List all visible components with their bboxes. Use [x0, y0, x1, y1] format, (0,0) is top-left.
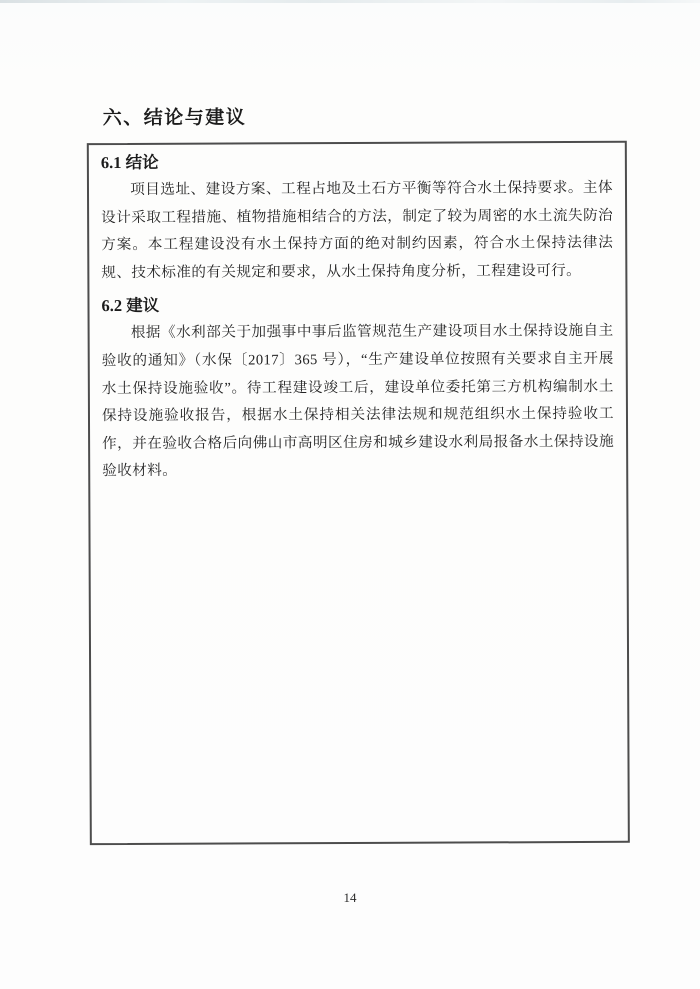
- subsection-heading-recommendation: 6.2 建议: [101, 292, 613, 318]
- chapter-title: 六、结论与建议: [103, 102, 247, 130]
- content-box: 6.1 结论 项目选址、建设方案、工程占地及土石方平衡等符合水土保持要求。主体设…: [87, 141, 630, 845]
- document-page: 六、结论与建议 6.1 结论 项目选址、建设方案、工程占地及土石方平衡等符合水土…: [0, 0, 700, 989]
- page-number: 14: [0, 890, 700, 906]
- recommendation-paragraph: 根据《水利部关于加强事中事后监管规范生产建设项目水土保持设施自主验收的通知》（水…: [102, 318, 615, 486]
- subsection-heading-conclusion: 6.1 结论: [101, 149, 613, 175]
- conclusion-paragraph: 项目选址、建设方案、工程占地及土石方平衡等符合水土保持要求。主体设计采取工程措施…: [101, 175, 613, 288]
- scan-edge-artifact: [0, 0, 700, 3]
